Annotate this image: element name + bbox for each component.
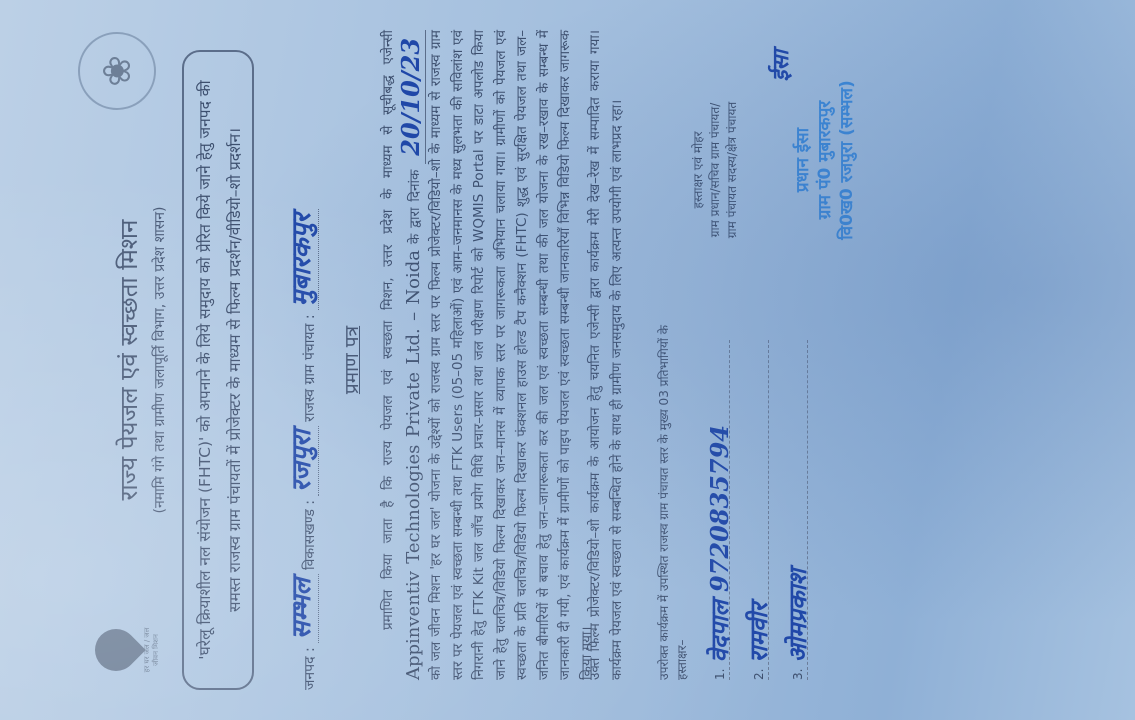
body-text-b: के द्वारा दिनांक xyxy=(407,170,423,244)
program-date: 20/10/23 xyxy=(396,30,426,164)
body-text-a: प्रमाणित किया जाता है कि राज्य पेयजल एवं… xyxy=(380,30,396,630)
certificate-page: हर घर जल / जल जीवन मिशन ❀ राज्य पेयजल एव… xyxy=(0,0,1135,720)
certificate-body-2: उक्त फिल्म प्रोजेक्टर/विडियो–शो कार्यक्र… xyxy=(585,30,628,680)
banner-line-1: 'घरेलू क्रियाशील नल संयोजन (FHTC)' को अप… xyxy=(190,66,220,674)
signatory-line-2: ग्राम प्रधान/सचिव ग्राम पंचायत/ xyxy=(707,40,724,300)
body-text-c: को जल जीवन मिशन 'हर घर जल' योजना के उद्द… xyxy=(428,30,595,680)
signatory-block: हस्ताक्षर एवं मोहर ग्राम प्रधान/सचिव ग्र… xyxy=(690,40,741,300)
witness-num: 3. xyxy=(789,669,807,680)
certificate-body: प्रमाणित किया जाता है कि राज्य पेयजल एवं… xyxy=(378,30,598,680)
agency-name: Appinventiv Technologies Private Ltd. – … xyxy=(403,250,424,680)
program-banner: 'घरेलू क्रियाशील नल संयोजन (FHTC)' को अप… xyxy=(182,50,254,690)
district-label: जनपद : xyxy=(300,647,319,690)
har-ghar-jal-drop-icon xyxy=(86,620,145,679)
witness-num: 2. xyxy=(750,669,768,680)
signatory-line-3: ग्राम पंचायत सदस्य/क्षेत्र पंचायत xyxy=(724,40,741,300)
witness-3: 3. ओमप्रकाश xyxy=(769,340,808,680)
pradhan-stamp: ईसा प्रधान ईसा ग्राम पं0 मुबारकपुर वि0ख0… xyxy=(770,30,858,290)
witness-intro: उपरोक्त कार्यक्रम में उपस्थित राजस्व ग्र… xyxy=(655,300,691,680)
witness-num: 1. xyxy=(711,669,729,680)
witness-1: 1. वेदपाल 9720835794 xyxy=(691,340,730,680)
witness-signature: ओमप्रकाश xyxy=(789,569,807,663)
body-text-p2: उक्त फिल्म प्रोजेक्टर/विडियो–शो कार्यक्र… xyxy=(587,30,625,680)
mission-title: राज्य पेयजल एवं स्वच्छता मिशन xyxy=(112,120,145,600)
block-label: विकासखण्ड : xyxy=(300,500,319,570)
stamp-line-1: प्रधान ईसा xyxy=(792,30,814,290)
panchayat-value: मुबारकपुर xyxy=(282,209,319,310)
department-subtitle: (नमामि गंगे तथा ग्रामीण जलापूर्ति विभाग,… xyxy=(150,120,169,600)
panchayat-label: राजस्व ग्राम पंचायत : xyxy=(300,314,319,422)
block-value: रजपुरा xyxy=(282,426,319,496)
banner-line-2: समस्त राजस्व ग्राम पंचायतों में प्रोजेक्… xyxy=(220,66,250,674)
witness-signatures: उपरोक्त कार्यक्रम में उपस्थित राजस्व ग्र… xyxy=(655,300,808,680)
pradhan-signature: ईसा xyxy=(770,30,792,290)
signatory-line-1: हस्ताक्षर एवं मोहर xyxy=(690,40,707,300)
witness-signature: रामवीर xyxy=(750,603,768,663)
witness-2: 2. रामवीर xyxy=(730,340,769,680)
location-row: जनपद : सम्भल विकासखण्ड : रजपुरा राजस्व ग… xyxy=(282,10,319,690)
stamp-line-2: ग्राम पं0 मुबारकपुर xyxy=(814,30,836,290)
stamp-line-3: वि0ख0 रजपुरा (सम्भल) xyxy=(836,30,858,290)
witness-signature: वेदपाल 9720835794 xyxy=(711,425,729,663)
certificate-heading: प्रमाण पत्र xyxy=(338,0,364,720)
up-govt-emblem-icon: ❀ xyxy=(78,32,156,110)
har-ghar-jal-logo: हर घर जल / जल जीवन मिशन xyxy=(95,620,161,680)
district-value: सम्भल xyxy=(282,574,319,643)
